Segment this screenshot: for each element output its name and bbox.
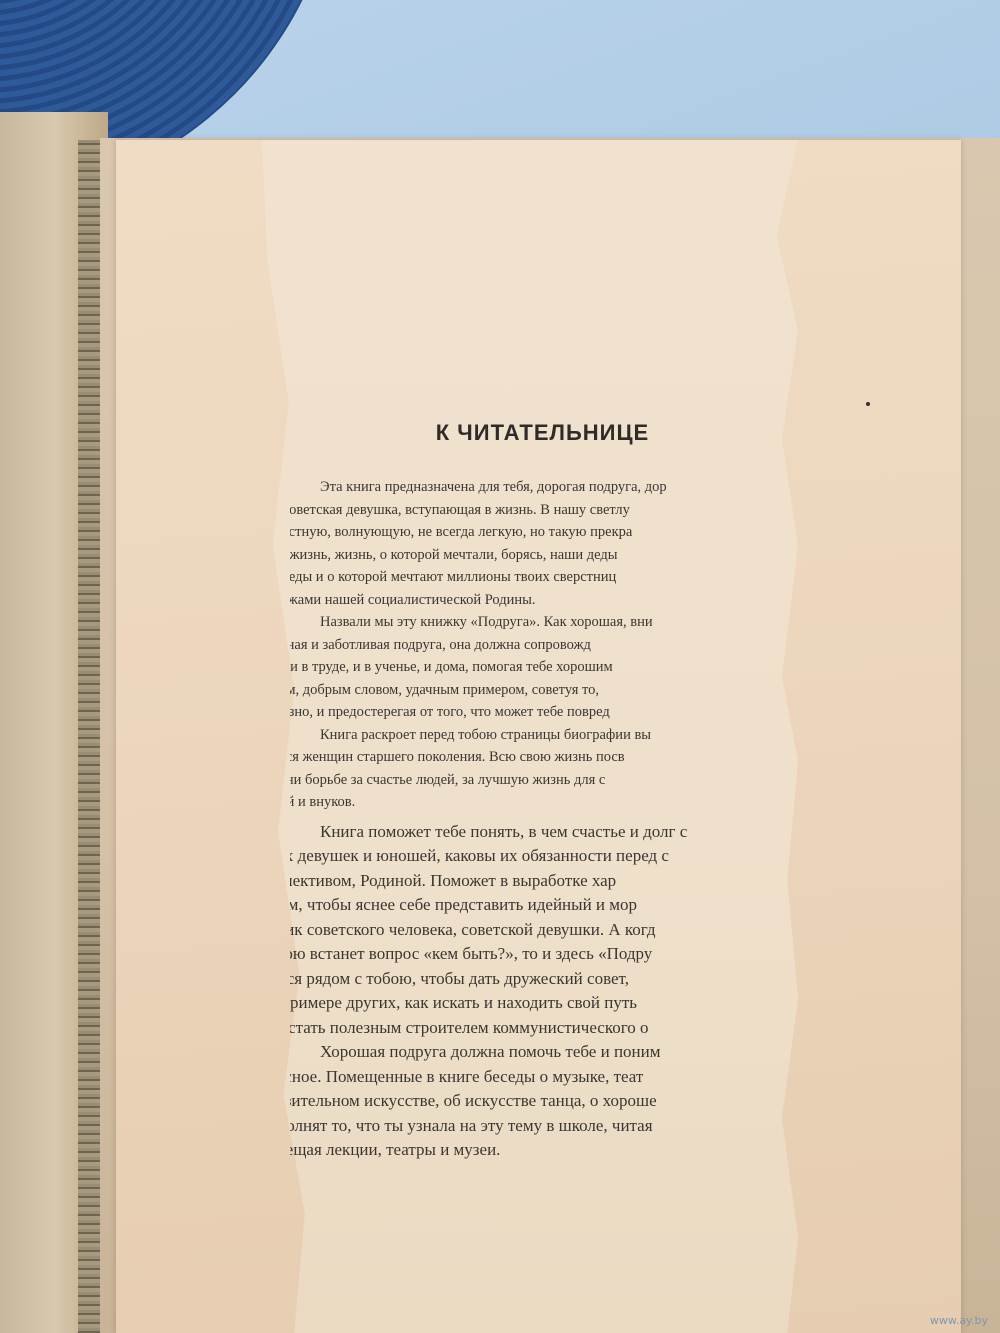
- text-line: ских девушек и юношей, каковы их обязанн…: [290, 844, 795, 869]
- watermark: www.ay.by: [930, 1314, 988, 1327]
- text-line: тебя и в труде, и в ученье, и дома, помо…: [290, 656, 795, 679]
- text-line: на примере других, как искать и находить…: [290, 991, 795, 1016]
- text-line: тельная и заботливая подруга, она должна…: [290, 634, 795, 657]
- paragraph: Эта книга предназначена для тебя, дорога…: [290, 476, 795, 611]
- text-line: ветом, добрым словом, удачным примером, …: [290, 679, 795, 702]
- text-line: полезно, и предостерегая от того, что мо…: [290, 701, 795, 724]
- text-line: Книга раскроет перед тобою страницы биог…: [290, 724, 795, 747]
- paragraphs: Эта книга предназначена для тебя, дорога…: [290, 476, 795, 1163]
- paragraph: Хорошая подруга должна помочь тебе и пон…: [290, 1040, 795, 1163]
- text-line: красное. Помещенные в книге беседы о муз…: [290, 1065, 795, 1090]
- text-line: прадеды и о которой мечтают миллионы тво…: [290, 566, 795, 589]
- paragraph: Книга поможет тебе понять, в чем счастье…: [290, 820, 795, 1041]
- text-line: детей и внуков.: [290, 791, 795, 814]
- text-line: Хорошая подруга должна помочь тебе и пон…: [290, 1040, 795, 1065]
- text-line: в том, чтобы яснее себе представить идей…: [290, 893, 795, 918]
- text-line: тобою встанет вопрос «кем быть?», то и з…: [290, 942, 795, 967]
- text-line: облик советского человека, советской дев…: [290, 918, 795, 943]
- text-line: гая советская девушка, вступающая в жизн…: [290, 499, 795, 522]
- paragraph: Книга раскроет перед тобою страницы биог…: [290, 724, 795, 814]
- text-line: коллективом, Родиной. Поможет в выработк…: [290, 869, 795, 894]
- text-line: щихся женщин старшего поколения. Всю сво…: [290, 746, 795, 769]
- text-line: Назвали мы эту книжку «Подруга». Как хор…: [290, 611, 795, 634]
- page-heading: К ЧИТАТЕЛЬНИЦЕ: [290, 420, 795, 446]
- text-line: посещая лекции, театры и музеи.: [290, 1138, 795, 1163]
- text-line: радостную, волнующую, не всегда легкую, …: [290, 521, 795, 544]
- text-line: как стать полезным строителем коммунисти…: [290, 1016, 795, 1041]
- text-line: Книга поможет тебе понять, в чем счастье…: [290, 820, 795, 845]
- text-line: ли они борьбе за счастье людей, за лучшу…: [290, 769, 795, 792]
- text-line: бразительном искусстве, об искусстве тан…: [290, 1089, 795, 1114]
- ink-spot: [866, 402, 870, 406]
- text-line: Эта книга предназначена для тебя, дорога…: [290, 476, 795, 499]
- paragraph: Назвали мы эту книжку «Подруга». Как хор…: [290, 611, 795, 724]
- text-line: дополнят то, что ты узнала на эту тему в…: [290, 1114, 795, 1139]
- text-line: жется рядом с тобою, чтобы дать дружески…: [290, 967, 795, 992]
- text-line: рубежами нашей социалистической Родины.: [290, 589, 795, 612]
- text-line: ную жизнь, жизнь, о которой мечтали, бор…: [290, 544, 795, 567]
- text-block: К ЧИТАТЕЛЬНИЦЕ Эта книга предназначена д…: [290, 420, 795, 1163]
